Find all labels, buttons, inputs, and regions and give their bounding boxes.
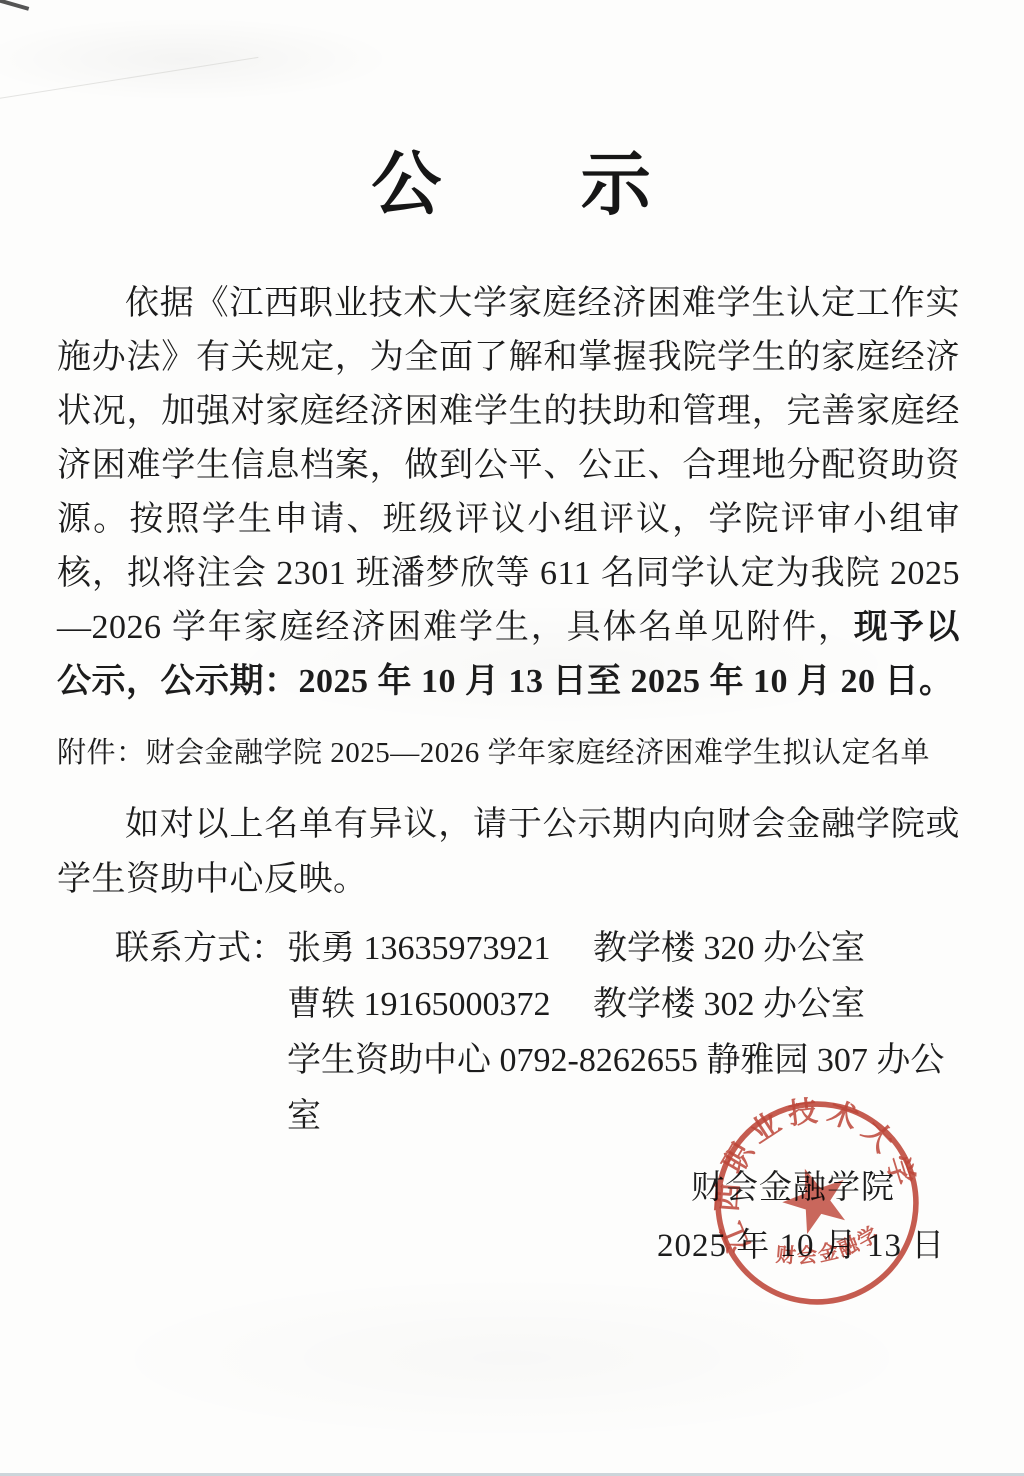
notice-body-paragraph: 依据《江西职业技术大学家庭经济困难学生认定工作实施办法》有关规定，为全面了解和掌…: [57, 277, 960, 709]
seal-star-icon: [774, 1158, 857, 1239]
notice-content: 依据《江西职业技术大学家庭经济困难学生认定工作实施办法》有关规定，为全面了解和掌…: [0, 277, 1024, 1145]
scan-crease-line: [0, 57, 258, 100]
contact-row: 联系方式： 张勇 13635973921 教学楼 320 办公室: [115, 921, 960, 977]
paragraph-normal-text: 依据《江西职业技术大学家庭经济困难学生认定工作实施办法》有关规定，为全面了解和掌…: [57, 285, 960, 646]
notice-title: 公 示: [0, 128, 1024, 229]
contact-line: 张勇 13635973921 教学楼 320 办公室: [287, 921, 865, 977]
official-seal: 江西职业技术大学 财会金融学院: [690, 1076, 944, 1330]
contact-label-spacer: [115, 977, 287, 1033]
contact-label: 联系方式：: [115, 921, 287, 977]
attachment-line: 附件：财会金融学院 2025—2026 学年家庭经济困难学生拟认定名单: [57, 733, 960, 773]
contact-line: 曹轶 19165000372 教学楼 302 办公室: [287, 977, 865, 1033]
contact-label-spacer: [115, 1033, 287, 1145]
objection-paragraph: 如对以上名单有异议，请于公示期内向财会金融学院或学生资助中心反映。: [57, 797, 960, 907]
scanned-notice-page: 公 示 依据《江西职业技术大学家庭经济困难学生认定工作实施办法》有关规定，为全面…: [0, 0, 1024, 1476]
contact-row: 曹轶 19165000372 教学楼 302 办公室: [115, 977, 960, 1033]
scan-corner-mark: [0, 0, 29, 20]
